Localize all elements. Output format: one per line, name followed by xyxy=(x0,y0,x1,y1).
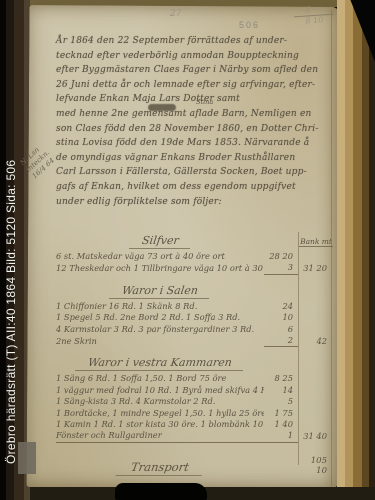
row-item-text: 1 Säng-kista 3 Rd. 4 Karmstolar 2 Rd. xyxy=(56,396,264,407)
row-item-text: 2ne Skrin xyxy=(56,336,264,347)
row-amount-col1: 14 xyxy=(264,385,298,396)
section-heading: Silfver xyxy=(56,234,264,249)
binder-clip xyxy=(115,483,207,500)
row-amount-col1: 3 xyxy=(264,262,298,274)
row-item-text: 1 Säng 6 Rd. 1 Soffa 1,50. 1 Bord 75 öre xyxy=(56,373,264,384)
section: Waror i vestra Kammaren1 Säng 6 Rd. 1 So… xyxy=(56,356,333,442)
section-heading: Waror i vestra Kammaren xyxy=(56,356,264,371)
paragraph-line: År 1864 den 22 September förrättades af … xyxy=(56,34,334,49)
pencil-calculation: 8 — 8 10 xyxy=(293,4,334,27)
row-amount-col2: 31 20 xyxy=(298,263,333,274)
paragraph-line: 26 Juni detta år och lemnade efter sig a… xyxy=(56,78,334,93)
ink-scribble xyxy=(148,104,176,111)
table-row: 1 Säng-kista 3 Rd. 4 Karmstolar 2 Rd.5 xyxy=(56,396,333,407)
row-item-text: 4 Karmstolar 3 Rd. 3 par fönstergardiner… xyxy=(56,324,264,335)
table-row: 1 väggur med fodral 10 Rd. 1 Byrå med sk… xyxy=(56,385,333,396)
transport-label: Transport xyxy=(56,460,264,476)
paragraph-line: gafs af Enkan, hvilket om dess egendom u… xyxy=(56,180,334,195)
paragraph-line: Carl Larsson i Fällersta, Gällersta Sock… xyxy=(56,165,334,180)
paragraph-line: lefvande Enkan Maja Lars Dotter samt xyxy=(56,92,334,107)
paragraph-line: med henne 2ne gemensamt aflade Barn, Nem… xyxy=(56,107,334,122)
page-number-stamp: 506 xyxy=(239,20,260,30)
table-row: 12 Theskedar och 1 Tillbringare väga 10 … xyxy=(56,262,333,274)
row-item-text: 6 st. Matskedar väga 73 ort à 40 öre ort xyxy=(56,251,264,262)
paragraph-line: efter Byggmästaren Claes Fager i Närby s… xyxy=(56,63,334,78)
row-amount-col1: 1 xyxy=(264,430,298,442)
row-amount-col1: 28 20 xyxy=(264,251,298,262)
section: Waror i Salen1 Chiffonier 16 Rd. 1 Skänk… xyxy=(56,284,333,348)
label-backing xyxy=(18,442,36,474)
row-amount-col1: 1 40 xyxy=(264,419,298,430)
archive-reference-label: Örebro häradsrätt (T) AII:40 1864 Bild: … xyxy=(4,160,18,464)
row-item-text: Fönster och Rullgardiner xyxy=(56,430,264,442)
inserted-word: Stina xyxy=(196,98,213,106)
table-row: 1 Spegel 5 Rd. 2ne Bord 2 Rd. 1 Soffa 3 … xyxy=(56,312,333,323)
row-amount-col1: 1 75 xyxy=(264,408,298,419)
row-amount-col2: 31 40 xyxy=(298,431,333,442)
section-heading-text: Waror i Salen xyxy=(109,284,211,299)
row-item-text: 1 väggur med fodral 10 Rd. 1 Byrå med sk… xyxy=(56,385,264,396)
paragraph-line: stina Lovisa född den 19de Mars 1853. Nä… xyxy=(56,136,334,151)
row-amount-col2: 42 xyxy=(298,336,333,347)
row-item-text: 12 Theskedar och 1 Tillbringare väga 10 … xyxy=(56,263,264,274)
transport-label-text: Transport xyxy=(116,460,205,476)
paragraph-line: de omyndigas vägnar Enkans Broder Rusthå… xyxy=(56,151,334,166)
folio-number-pencil: 27 xyxy=(170,9,181,19)
transport-row: Transport105 10 xyxy=(56,456,333,476)
inventory-paragraph: År 1864 den 22 September förrättades af … xyxy=(56,34,334,209)
table-row: Fönster och Rullgardiner131 40 xyxy=(56,430,333,442)
row-amount-col1: 6 xyxy=(264,324,298,335)
table-row: 1 Bordtäcke, 1 mindre Spegel 1,50. 1 hyl… xyxy=(56,408,333,419)
torn-page-edges xyxy=(337,0,375,497)
row-item-text: 1 Kamin 1 Rd. 1 stor kista 30 öre. 1 blo… xyxy=(56,419,264,430)
account-sections: Silfver6 st. Matskedar väga 73 ort à 40 … xyxy=(56,234,333,476)
section-heading: Waror i Salen xyxy=(56,284,264,299)
table-row: 1 Kamin 1 Rd. 1 stor kista 30 öre. 1 blo… xyxy=(56,419,333,430)
row-amount-col1: 10 xyxy=(264,312,298,323)
table-row: 2ne Skrin242 xyxy=(56,335,333,347)
table-row: 6 st. Matskedar väga 73 ort à 40 öre ort… xyxy=(56,251,333,262)
section-heading-text: Waror i vestra Kammaren xyxy=(75,356,245,371)
paragraph-line: tecknad efter vederbörlig anmodan Bouppt… xyxy=(56,49,334,64)
table-row: 4 Karmstolar 3 Rd. 3 par fönstergardiner… xyxy=(56,324,333,335)
paragraph-line: under edlig förpliktelse som följer: xyxy=(56,195,334,210)
row-amount-col1: 5 xyxy=(264,396,298,407)
table-row: 1 Säng 6 Rd. 1 Soffa 1,50. 1 Bord 75 öre… xyxy=(56,373,333,384)
row-amount-col1: 8 25 xyxy=(264,373,298,384)
table-row: 1 Chiffonier 16 Rd. 1 Skänk 8 Rd.24 xyxy=(56,301,333,312)
section: Silfver6 st. Matskedar väga 73 ort à 40 … xyxy=(56,234,333,275)
row-amount-col1: 24 xyxy=(264,301,298,312)
section-heading-text: Silfver xyxy=(129,234,192,249)
transport-amount: 105 10 xyxy=(298,456,333,476)
row-amount-col1: 2 xyxy=(264,335,298,347)
row-item-text: 1 Spegel 5 Rd. 2ne Bord 2 Rd. 1 Soffa 3 … xyxy=(56,312,264,323)
row-item-text: 1 Bordtäcke, 1 mindre Spegel 1,50. 1 hyl… xyxy=(56,408,264,419)
row-item-text: 1 Chiffonier 16 Rd. 1 Skänk 8 Rd. xyxy=(56,301,264,312)
paragraph-line: son Claes född den 28 November 1860, en … xyxy=(56,122,334,137)
